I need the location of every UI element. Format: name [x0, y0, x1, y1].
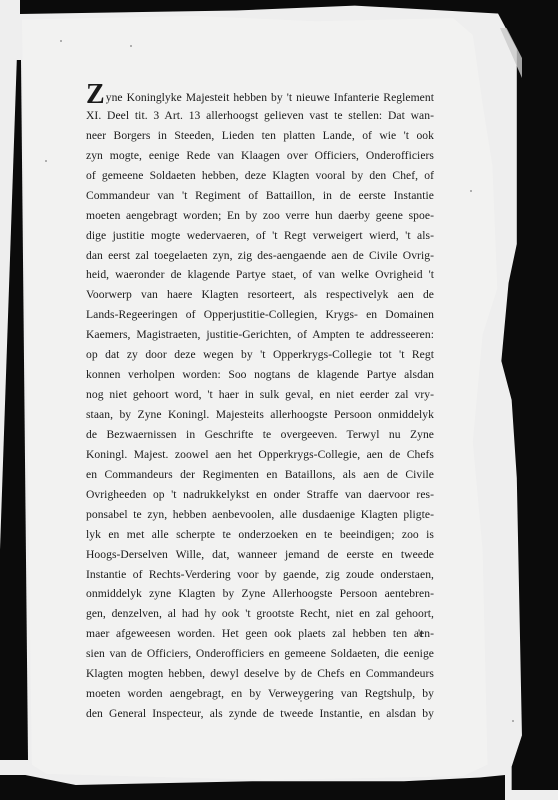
paper-speck: [60, 40, 62, 42]
text-line: dige justitie mogte wedervaeren, of 't R…: [86, 226, 434, 246]
text-line: konnen verholpen worden: Soo nogtans de …: [86, 365, 434, 385]
text-line: onmiddelyk zyne Klagten by Zyne Allerhoo…: [86, 584, 434, 604]
text-line: op dat zy door deze wegen by 't Opperkry…: [86, 345, 434, 365]
text-line: gen, denzelven, al had hy ook 't grootst…: [86, 604, 434, 624]
scanner-bed-top-edge: [20, 0, 558, 14]
text-line: Voorwerp van haere Klagten resorteert, a…: [86, 285, 434, 305]
scanner-bed-left-edge: [0, 60, 28, 760]
text-line: Lands-Regeeringen of Opperjustitie-Colle…: [86, 305, 434, 325]
text-line: den General Inspecteur, als zynde de twe…: [86, 704, 434, 724]
text-line: Zyne Koninglyke Majesteit hebben by 't n…: [86, 86, 434, 106]
text-line: zyn mogte, eenige Rede van Klaagen over …: [86, 146, 434, 166]
text-line: XI. Deel tit. 3 Art. 13 allerhoogst geli…: [86, 106, 434, 126]
text-line: Kaemers, Magistraeten, justitie-Gerichte…: [86, 325, 434, 345]
text-line: neer Borgers in Steeden, Lieden ten plat…: [86, 126, 434, 146]
body-text: Zyne Koninglyke Majesteit hebben by 't n…: [86, 86, 434, 724]
text-line: Hoogs-Derselven Wille, dat, wanneer jema…: [86, 545, 434, 565]
text-line: Ovrigheeden op 't nadrukkelykst en onder…: [86, 485, 434, 505]
text-line: en Commandeurs der Regimenten en Bataill…: [86, 465, 434, 485]
text-line: sien van de Officiers, Onderofficiers en…: [86, 644, 434, 664]
text-line: Koningl. Majest. zoowel aen het Opperkry…: [86, 445, 434, 465]
text-line: maer afgeweesen worden. Het geen ook pla…: [86, 624, 434, 644]
text-line: Commandeur van 't Regiment of Battaillon…: [86, 186, 434, 206]
text-line: Klagten mogten hebben, dewyl deselve by …: [86, 664, 434, 684]
text-line: moeten worden aengebragt, en by Verweyge…: [86, 684, 434, 704]
text-line: de Bezwaernissen in Geschrifte te overge…: [86, 425, 434, 445]
text-line: lyk en met alle scherpte te onderzoeken …: [86, 525, 434, 545]
paper-speck: [45, 160, 47, 162]
scanned-page: Zyne Koninglyke Majesteit hebben by 't n…: [0, 0, 558, 800]
catchword: 't: [418, 627, 423, 640]
text-line: staan, by Zyne Koningl. Majesteits aller…: [86, 405, 434, 425]
text-line: of gemeene Soldaeten hebben, deze Klagte…: [86, 166, 434, 186]
paper-speck: [470, 190, 472, 192]
text-line: nog niet gehoort word, 't haer in sulk g…: [86, 385, 434, 405]
paper-speck: [512, 720, 514, 722]
text-line: moeten aengebragt worden; En by zoo verr…: [86, 206, 434, 226]
text-line: ponsabel te zyn, hebben aenbevoolen, all…: [86, 505, 434, 525]
text-line: heid, waeronder de klagende Partye staet…: [86, 265, 434, 285]
paper-speck: [130, 45, 132, 47]
text-line: Instantie of Rechts-Verdering voor by ga…: [86, 565, 434, 585]
text-line: dan eerst zal toegelaeten zyn, zig des-a…: [86, 246, 434, 266]
